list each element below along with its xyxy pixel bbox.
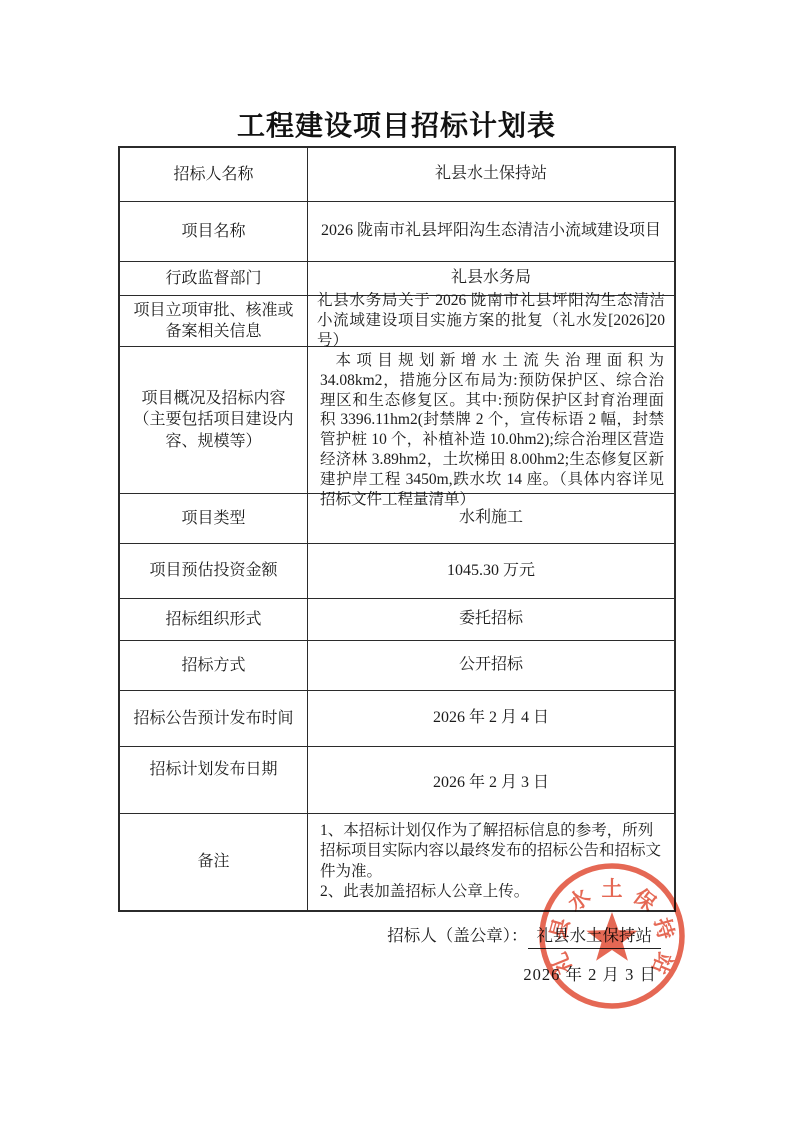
table-row: 招标方式 公开招标 [120, 640, 674, 690]
row-value: 礼县水务局关于 2026 陇南市礼县坪阳沟生态清洁小流域建设项目实施方案的批复（… [308, 296, 674, 346]
row-label: 项目预估投资金额 [120, 544, 308, 598]
row-label: 项目概况及招标内容（主要包括项目建设内容、规模等） [120, 347, 308, 493]
row-label: 备注 [120, 814, 308, 910]
table-row: 项目立项审批、核准或备案相关信息 礼县水务局关于 2026 陇南市礼县坪阳沟生态… [120, 295, 674, 346]
row-value: 水利施工 [308, 494, 674, 543]
row-value: 2026 年 2 月 3 日 [308, 747, 674, 813]
row-label: 项目立项审批、核准或备案相关信息 [120, 296, 308, 346]
table-row: 项目名称 2026 陇南市礼县坪阳沟生态清洁小流域建设项目 [120, 201, 674, 261]
remark-item: 1、本招标计划仅作为了解招标信息的参考，所列招标项目实际内容以最终发布的招标公告… [320, 821, 664, 882]
row-label: 招标计划发布日期 [120, 747, 308, 813]
row-value: 2026 年 2 月 4 日 [308, 691, 674, 746]
table-row: 招标公告预计发布时间 2026 年 2 月 4 日 [120, 690, 674, 746]
table-row: 备注 1、本招标计划仅作为了解招标信息的参考，所列招标项目实际内容以最终发布的招… [120, 813, 674, 910]
row-label: 项目类型 [120, 494, 308, 543]
row-label: 项目名称 [120, 202, 308, 261]
table-row: 项目概况及招标内容（主要包括项目建设内容、规模等） 本项目规划新增水土流失治理面… [120, 346, 674, 493]
row-value: 1、本招标计划仅作为了解招标信息的参考，所列招标项目实际内容以最终发布的招标公告… [308, 814, 674, 910]
row-label: 行政监督部门 [120, 262, 308, 295]
signer-label: 招标人（盖公章）： [387, 926, 527, 945]
table-row: 招标计划发布日期 2026 年 2 月 3 日 [120, 746, 674, 813]
table-row: 项目预估投资金额 1045.30 万元 [120, 543, 674, 598]
row-value: 1045.30 万元 [308, 544, 674, 598]
table-row: 招标组织形式 委托招标 [120, 598, 674, 640]
table-row: 招标人名称 礼县水土保持站 [120, 148, 674, 201]
tender-plan-table: 招标人名称 礼县水土保持站 项目名称 2026 陇南市礼县坪阳沟生态清洁小流域建… [118, 146, 676, 912]
signature-date: 2026 年 2 月 3 日 [523, 961, 657, 985]
row-label: 招标人名称 [120, 148, 308, 201]
row-value: 2026 陇南市礼县坪阳沟生态清洁小流域建设项目 [308, 202, 674, 261]
row-value: 本项目规划新增水土流失治理面积为 34.08km2，措施分区布局为:预防保护区、… [308, 347, 674, 493]
table-row: 项目类型 水利施工 [120, 493, 674, 543]
signature-line: 招标人（盖公章）：礼县水土保持站 [387, 922, 661, 946]
project-overview-text: 本项目规划新增水土流失治理面积为 34.08km2，措施分区布局为:预防保护区、… [320, 351, 664, 510]
row-label: 招标公告预计发布时间 [120, 691, 308, 746]
page-title: 工程建设项目招标计划表 [0, 104, 793, 144]
signer-name: 礼县水土保持站 [528, 926, 662, 949]
row-label: 招标方式 [120, 641, 308, 690]
row-value: 礼县水土保持站 [308, 148, 674, 201]
remark-item: 2、此表加盖招标人公章上传。 [320, 882, 529, 902]
row-value: 公开招标 [308, 641, 674, 690]
row-value: 委托招标 [308, 599, 674, 640]
row-label: 招标组织形式 [120, 599, 308, 640]
